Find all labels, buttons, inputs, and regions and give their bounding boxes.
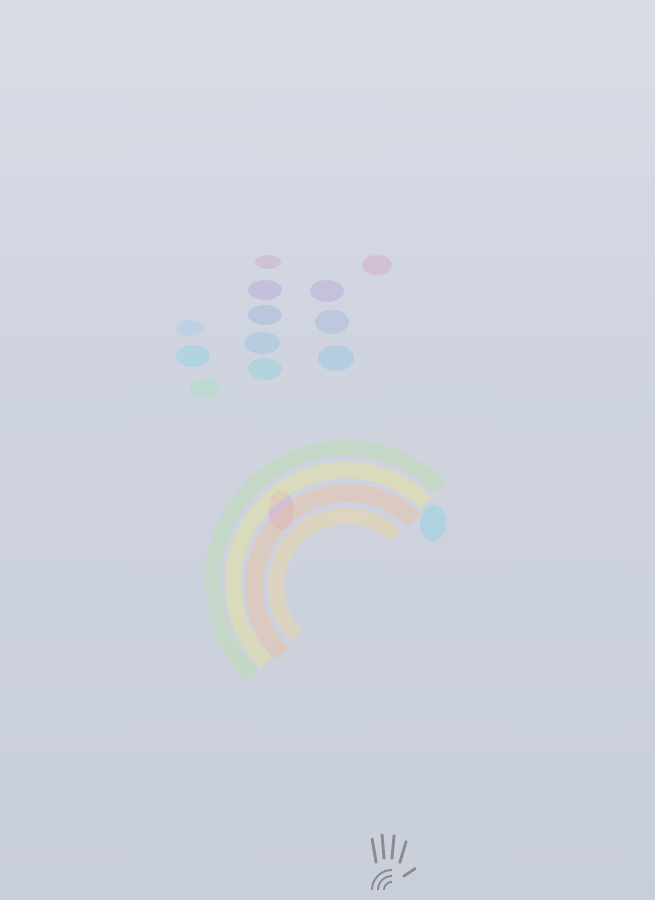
charity-logo <box>368 832 653 894</box>
hand-logo-icon <box>368 832 418 894</box>
form-table-grid <box>0 0 655 900</box>
